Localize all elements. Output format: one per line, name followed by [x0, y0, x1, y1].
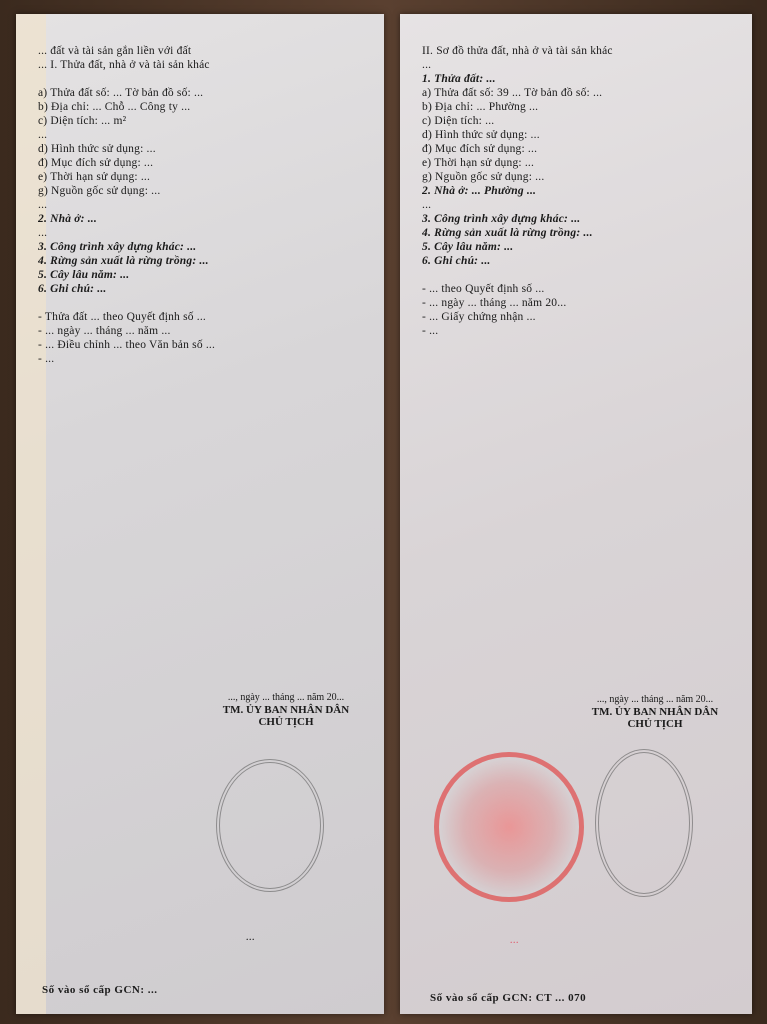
document-line: d) Hình thức sử dụng: ...: [38, 142, 370, 156]
document-line: 2. Nhà ở: ...: [38, 212, 370, 226]
red-state-seal-icon: [434, 752, 584, 902]
document-line: 3. Công trình xây dựng khác: ...: [38, 240, 370, 254]
note-line: - ...: [38, 352, 370, 366]
document-line: 4. Rừng sản xuất là rừng trồng: ...: [38, 254, 370, 268]
official-seal-icon: [595, 749, 693, 897]
document-line: ...: [38, 198, 370, 212]
document-line: g) Nguồn gốc sử dụng: ...: [38, 184, 370, 198]
authority-subtitle: CHỦ TỊCH: [186, 716, 386, 728]
right-authority-block: ..., ngày ... tháng ... năm 20... TM. ỦY…: [560, 694, 750, 730]
document-line: 3. Công trình xây dựng khác: ...: [422, 212, 738, 226]
place-date: ..., ngày ... tháng ... năm 20...: [186, 692, 386, 704]
document-line: 1. Thửa đất: ...: [422, 72, 738, 86]
document-line: a) Thửa đất số: 39 ... Tờ bản đồ số: ...: [422, 86, 738, 100]
authority-title: TM. ỦY BAN NHÂN DÂN: [560, 706, 750, 718]
document-line: g) Nguồn gốc sử dụng: ...: [422, 170, 738, 184]
document-line: a) Thửa đất số: ... Tờ bản đồ số: ...: [38, 86, 370, 100]
document-line: e) Thời hạn sử dụng: ...: [422, 156, 738, 170]
document-line: e) Thời hạn sử dụng: ...: [38, 170, 370, 184]
note-line: - ... Giấy chứng nhận ...: [422, 310, 738, 324]
document-line: b) Địa chỉ: ... Chỗ ... Công ty ...: [38, 100, 370, 114]
note-line: - ... ngày ... tháng ... năm 20...: [422, 296, 738, 310]
authority-subtitle: CHỦ TỊCH: [560, 718, 750, 730]
authority-title: TM. ỦY BAN NHÂN DÂN: [186, 704, 386, 716]
document-line: 4. Rừng sản xuất là rừng trồng: ...: [422, 226, 738, 240]
document-line: c) Diện tích: ... m²: [38, 114, 370, 128]
document-page-right: II. Sơ đồ thửa đất, nhà ở và tài sản khá…: [400, 14, 752, 1014]
serial-number: Số vào sổ cấp GCN: CT ... 070: [430, 992, 586, 1004]
document-line: 2. Nhà ở: ... Phường ...: [422, 184, 738, 198]
left-authority-block: ..., ngày ... tháng ... năm 20... TM. ỦY…: [186, 692, 386, 728]
serial-number: Số vào sổ cấp GCN: ...: [42, 984, 158, 996]
note-line: - Thửa đất ... theo Quyết định số ...: [38, 310, 370, 324]
note-line: - ... ngày ... tháng ... năm ...: [38, 324, 370, 338]
document-line: 6. Ghi chú: ...: [422, 254, 738, 268]
document-line: ... I. Thửa đất, nhà ở và tài sản khác: [38, 58, 370, 72]
document-line: đ) Mục đích sử dụng: ...: [38, 156, 370, 170]
place-date: ..., ngày ... tháng ... năm 20...: [560, 694, 750, 706]
official-seal-icon: [216, 759, 324, 892]
document-line: đ) Mục đích sử dụng: ...: [422, 142, 738, 156]
signer-name: ...: [510, 932, 519, 947]
note-line: - ...: [422, 324, 738, 338]
document-line: d) Hình thức sử dụng: ...: [422, 128, 738, 142]
document-line: 5. Cây lâu năm: ...: [38, 268, 370, 282]
document-line: ...: [422, 198, 738, 212]
document-line: II. Sơ đồ thửa đất, nhà ở và tài sản khá…: [422, 44, 738, 58]
right-page-body: II. Sơ đồ thửa đất, nhà ở và tài sản khá…: [422, 44, 738, 338]
left-page-body: ... đất và tài sản gắn liền với đất... I…: [38, 44, 370, 366]
document-line: ...: [422, 58, 738, 72]
document-line: 6. Ghi chú: ...: [38, 282, 370, 296]
document-line: [38, 72, 370, 86]
document-line: ... đất và tài sản gắn liền với đất: [38, 44, 370, 58]
document-line: b) Địa chỉ: ... Phường ...: [422, 100, 738, 114]
signer-name: ...: [246, 929, 255, 944]
document-line: 5. Cây lâu năm: ...: [422, 240, 738, 254]
note-line: - ... theo Quyết định số ...: [422, 282, 738, 296]
document-line: ...: [38, 128, 370, 142]
document-line: ...: [38, 226, 370, 240]
document-line: c) Diện tích: ...: [422, 114, 738, 128]
document-page-left: ... đất và tài sản gắn liền với đất... I…: [16, 14, 384, 1014]
note-line: - ... Điều chỉnh ... theo Văn bản số ...: [38, 338, 370, 352]
